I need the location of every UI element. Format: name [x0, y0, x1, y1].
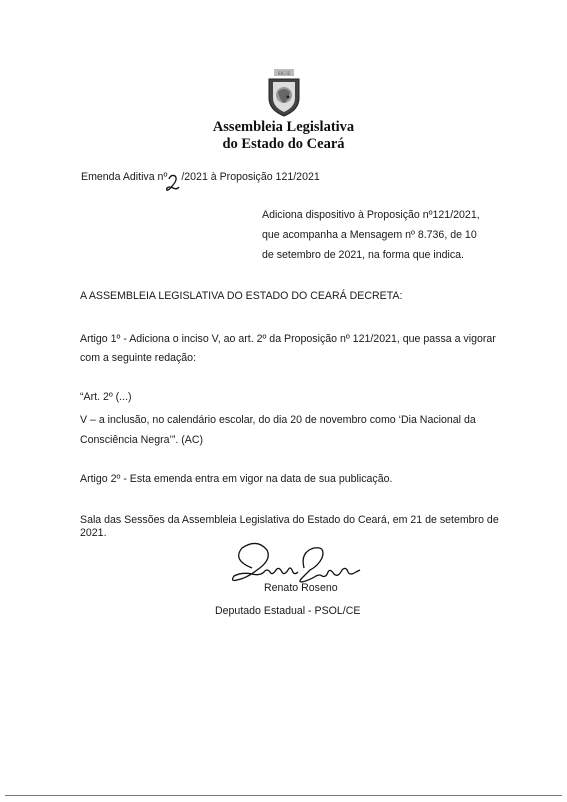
- svg-text:SIC-E: SIC-E: [278, 72, 291, 77]
- organization-name-line2: do Estado do Ceará: [0, 136, 567, 153]
- article1-line-1: Artigo 1º - Adiciona o inciso V, ao art.…: [80, 333, 496, 346]
- summary-line-3: de setembro de 2021, na forma que indica…: [262, 249, 464, 262]
- state-coat-of-arms-icon: SIC-E: [264, 68, 304, 118]
- organization-name-line1: Assembleia Legislativa: [0, 119, 567, 136]
- summary-line-2: que acompanha a Mensagem nº 8.736, de 10: [262, 229, 477, 242]
- closing-line-1: Sala das Sessões da Assembleia Legislati…: [80, 514, 499, 526]
- quoted-heading: “Art. 2º (...): [80, 391, 132, 404]
- article2: Artigo 2º - Esta emenda entra em vigor n…: [80, 473, 392, 486]
- closing-line-2: 2021.: [80, 527, 107, 539]
- amendment-title: Emenda Aditiva nº /2021 à Proposição 121…: [81, 171, 320, 184]
- decree-heading: A ASSEMBLEIA LEGISLATIVA DO ESTADO DO CE…: [80, 290, 402, 303]
- quoted-line-2: Consciência Negra’”. (AC): [80, 434, 203, 447]
- article1-line-2: com a seguinte redação:: [80, 352, 196, 365]
- title-prefix: Emenda Aditiva nº: [81, 171, 167, 183]
- page-bottom-rule: [5, 795, 562, 796]
- quoted-line-1: V – a inclusão, no calendário escolar, d…: [80, 414, 476, 427]
- title-suffix: /2021 à Proposição 121/2021: [181, 171, 319, 183]
- summary-line-1: Adiciona dispositivo à Proposição nº121/…: [262, 209, 480, 222]
- signer-role: Deputado Estadual - PSOL/CE: [215, 605, 360, 618]
- signer-name: Renato Roseno: [264, 582, 338, 595]
